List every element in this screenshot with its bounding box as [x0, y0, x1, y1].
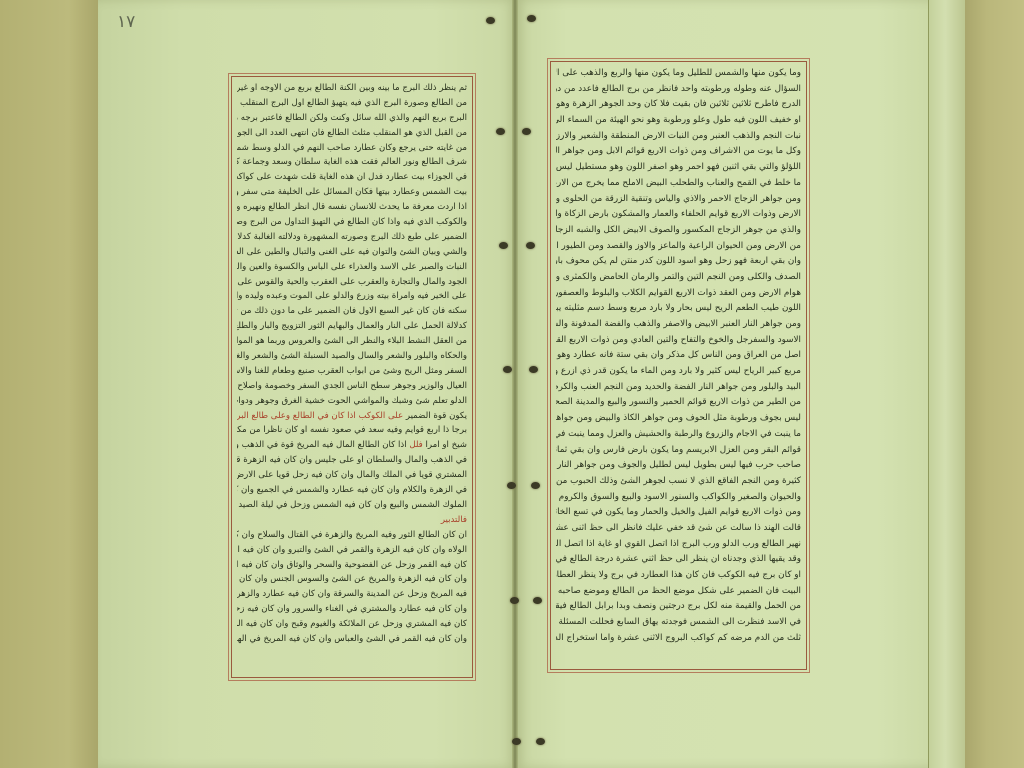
line-text: سكنه فان كان غير السبع الاول فان الضمير … — [237, 306, 467, 316]
manuscript-line: الاسود والسفرجل والخوخ والتفاح والتين ال… — [556, 333, 801, 349]
rubric-text: فلل — [407, 440, 423, 450]
manuscript-line: وكل ما يوت من الاشراف ومن ذوات الاربع قو… — [556, 144, 801, 160]
line-text: يكون قوة الضمير — [403, 411, 467, 421]
line-text: قوائم البقر ومن العزل الابريسم وما يكون … — [556, 445, 801, 455]
line-text: وقد يقيها الذي وجدناه ان ينظر الى حظ اثن… — [556, 554, 801, 564]
line-text: من الطالع وصورة البرج الذي فيه يتهيؤ الط… — [237, 98, 467, 108]
line-text: الملوك الشمس والبيع وان كان فيه الشمس وز… — [237, 500, 467, 510]
manuscript-line: من الارض ومن الحيوان الراعية والماعز وال… — [556, 239, 801, 255]
line-text: البيد والبلور ومن جواهر النار الفضة والح… — [556, 382, 801, 392]
line-text: في الاسد فنظرت الى الشمس فوجدته يهاق الس… — [556, 617, 801, 627]
line-text: هوام الارض ومن العقد ذوات الاربع القوايم… — [556, 288, 801, 298]
manuscript-line: بيت الشمس وعطارد بيتها فكان المسائل على … — [237, 185, 467, 200]
manuscript-line: قوائم البقر ومن العزل الابريسم وما يكون … — [556, 443, 801, 459]
manuscript-line: الملوك الشمس والبيع وان كان فيه الشمس وز… — [237, 498, 467, 513]
line-text: برجا ذا اربع قوايم وفيه سعد في صعود نفسه… — [237, 425, 467, 435]
stitch-hole — [486, 17, 495, 24]
manuscript-line: من الطير من ذوات الاربع قوائم الحمير وال… — [556, 395, 801, 411]
flyleaf-edge — [928, 0, 965, 768]
manuscript-line: والذي من جوهر الزجاج المكسور والصوف الاب… — [556, 223, 801, 239]
manuscript-line: وان كان فيه عطارد والمشتري في الغناء وال… — [237, 602, 467, 617]
manuscript-line: فالتدبير — [237, 513, 467, 528]
line-text: الولاه وان كان فيه الزهرة والقمر في الشئ… — [237, 545, 467, 555]
manuscript-line: ومن جواهر النار العنبر الابيض والاصفر وا… — [556, 317, 801, 333]
manuscript-line: العيال والوزير وجوهر سطح الناس الجدي الس… — [237, 379, 467, 394]
stitch-hole — [526, 242, 535, 249]
manuscript-line: كان فيه المشتري وزحل عن الملائكة والغيوم… — [237, 617, 467, 632]
line-text: في الزهرة والكلام وان كان فيه عطارد والش… — [237, 485, 467, 495]
rubric-text: فالتدبير — [441, 515, 467, 525]
manuscript-line: ليس بجوف ورطوبة مثل الحوف ومن جواهر الكا… — [556, 411, 801, 427]
manuscript-line: ان كان الطالع الثور وفيه المريخ والزهرة … — [237, 528, 467, 543]
line-text: الاسود والسفرجل والخوخ والتفاح والتين ال… — [556, 335, 801, 345]
line-text: قالت الهند ذا سالت عن شئ قد خفي عليك فان… — [556, 523, 801, 533]
manuscript-line: من العقل النشط البلاء والنظر الى الشئ وا… — [237, 334, 467, 349]
manuscript-line: الصدف والكلى ومن النجم التين والتمر والر… — [556, 270, 801, 286]
manuscript-line: من الحمل والقيمة منه لكل برج درجتين ونصف… — [556, 599, 801, 615]
stitch-hole — [527, 15, 536, 22]
line-text: العيال والوزير وجوهر سطح الناس الجدي الس… — [237, 381, 467, 391]
manuscript-line: البرج بربع النهم والذي الله سائل وكنت ول… — [237, 111, 467, 126]
manuscript-line: اللون طيب الطعم الريح ليس بحار ولا بارد … — [556, 301, 801, 317]
line-text: من الطير من ذوات الاربع قوائم الحمير وال… — [556, 397, 801, 407]
manuscript-line: ومن ذوات الاربع قوايم الفيل والخيل والحم… — [556, 505, 801, 521]
manuscript-line: وان كان فيه القمر في الشئ والعباس وان كا… — [237, 632, 467, 647]
line-text: الدلو تعلم شئ وشبك والمواشي الحوت خشية ا… — [237, 396, 467, 406]
manuscript-line: والحكاه والبلور والشعر والسال والصيد الس… — [237, 349, 467, 364]
manuscript-line: وان بقي اربعة فهو زحل وهو اسود اللون كدر… — [556, 254, 801, 270]
line-text: من غايته حتى يرجع وكان عطارد صاحب النهم … — [237, 143, 467, 153]
line-text: مربع كبير الرياح ليس كثير ولا بارد ومن ا… — [556, 366, 801, 376]
manuscript-line: اصل من العراق ومن الناس كل مذكر وان بقي … — [556, 348, 801, 364]
line-text: الارض وذوات الاربع قوايم الحلفاء والعمار… — [556, 209, 801, 219]
manuscript-line: البيد والبلور ومن جواهر النار الفضة والح… — [556, 380, 801, 396]
line-text: والحكاه والبلور والشعر والسال والصيد الس… — [237, 351, 467, 361]
manuscript-line: اذا اردت معرفة ما يحدث للانسان نفسه قال … — [237, 200, 467, 215]
line-text: وان كان فيه الزهرة والمريخ عن الشئ والسو… — [237, 574, 467, 584]
manuscript-line: وان كان فيه الزهرة والمريخ عن الشئ والسو… — [237, 572, 467, 587]
line-text: اصل من العراق ومن الناس كل مذكر وان بقي … — [556, 350, 801, 360]
line-text: او كان برج فيه الكوكب فان كان هذا العطار… — [556, 570, 801, 580]
manuscript-line: النبات والصبر على الاسد والعذراء على الب… — [237, 260, 467, 275]
manuscript-line: الولاه وان كان فيه الزهرة والقمر في الشئ… — [237, 543, 467, 558]
line-text: نهير الطالع ورب الدلو ورب البرج اذا اتصل… — [556, 539, 801, 549]
stitch-hole — [512, 738, 521, 745]
line-text: ومن ذوات الاربع قوايم الفيل والخيل والحم… — [556, 507, 801, 517]
manuscript-line: الضمير على طبع ذلك البرج وصورته المشهورة… — [237, 230, 467, 245]
manuscript-line: كثيرة ومن النجم الفاقع الذي لا نسب لجوهر… — [556, 474, 801, 490]
manuscript-line: نهير الطالع ورب الدلو ورب البرج اذا اتصل… — [556, 537, 801, 553]
manuscript-line: من القبل الذي هو المنقلب مثلث الطالع فان… — [237, 126, 467, 141]
rubric-text: على الكوكب اذا كان في الطالع وعلى طالع ا… — [237, 411, 403, 421]
stitch-hole — [522, 128, 531, 135]
manuscript-line: في الاسد فنظرت الى الشمس فوجدته يهاق الس… — [556, 615, 801, 631]
manuscript-line: كان فيه القمر وزحل عن الفضوحية والسحر وا… — [237, 558, 467, 573]
folio-number: ١٧ — [117, 12, 135, 32]
manuscript-line: برجا ذا اربع قوايم وفيه سعد في صعود نفسه… — [237, 423, 467, 438]
manuscript-line: الدرج فاطرح ثلاثين ثلاثين فان بقيت فلا ك… — [556, 97, 801, 113]
line-text: الجود والمال والتجارة والعقرب على العقرب… — [237, 277, 467, 287]
line-text: كان فيه المشتري وزحل عن الملائكة والغيوم… — [237, 619, 467, 629]
manuscript-line: وقد يقيها الذي وجدناه ان ينظر الى حظ اثن… — [556, 552, 801, 568]
line-text: من الارض ومن الحيوان الراعية والماعز وال… — [556, 241, 801, 251]
line-text: ومن جواهر النار العنبر الابيض والاصفر وا… — [556, 319, 801, 329]
line-text: ان كان الطالع الثور وفيه المريخ والزهرة … — [237, 530, 467, 540]
manuscript-line: كدلالة الحمل على النار والعمال والبهايم … — [237, 319, 467, 334]
line-text: المشتري قويا في الملك والمال وان كان فيه… — [237, 470, 467, 480]
right-page-text-block: وما يكون منها والشمس للطليل وما يكون منه… — [550, 61, 807, 670]
line-text: البرج بربع النهم والذي الله سائل وكنت ول… — [237, 113, 467, 123]
line-text: اللؤلؤ والتي بقي اثنين فهو احمر وهو اصفر… — [556, 162, 801, 172]
line-text: كدلالة الحمل على النار والعمال والبهايم … — [237, 321, 467, 331]
line-text: وكل ما يوت من الاشراف ومن ذوات الاربع قو… — [556, 146, 801, 156]
manuscript-line: السفر ومثل الريح وشئ من ابواب العقرب صني… — [237, 364, 467, 379]
line-text: ما خلط في القمح والعناب والطحلب البيض ال… — [556, 178, 801, 188]
manuscript-line: في الزهرة والكلام وان كان فيه عطارد والش… — [237, 483, 467, 498]
stitch-hole — [496, 128, 505, 135]
line-text: والحيوان والصغير والكواكب والسنور الاسود… — [556, 492, 801, 502]
line-text: والكوكب الذي فيه واذا كان الطالع في الته… — [237, 217, 467, 227]
line-text: ثم ينظر ذلك البرج ما بينه وبين الكنة الط… — [237, 83, 467, 93]
manuscript-line: ومن جواهر الزجاج الاحمر والاذي والياس وت… — [556, 192, 801, 208]
manuscript-line: والشي وبيان الشئ والتوان فيه على الغنى و… — [237, 245, 467, 260]
line-text: ومن جواهر الزجاج الاحمر والاذي والياس وت… — [556, 194, 801, 204]
stitch-hole — [507, 482, 516, 489]
manuscript-line: ما ينبت في الاجام والزروع والرطبة والحشي… — [556, 427, 801, 443]
line-text: على الخير فيه وامراة بيته وزرع والدلو عل… — [237, 291, 467, 301]
stitch-hole — [533, 597, 542, 604]
line-text: وان كان فيه القمر في الشئ والعباس وان كا… — [237, 634, 467, 644]
line-text: اذا كان الطالع المال فيه المريخ قوة في ا… — [237, 440, 407, 450]
line-text: والشي وبيان الشئ والتوان فيه على الغنى و… — [237, 247, 467, 257]
manuscript-line: المشتري قويا في الملك والمال وان كان فيه… — [237, 468, 467, 483]
book-gutter — [512, 0, 518, 768]
background-right-edge — [962, 0, 1024, 768]
manuscript-line: يكون قوة الضمير على الكوكب اذا كان في ال… — [237, 409, 467, 424]
manuscript-line: السؤال عنه وطوله ورطوبته واحد فانظر من ب… — [556, 82, 801, 98]
manuscript-line: من غايته حتى يرجع وكان عطارد صاحب النهم … — [237, 141, 467, 156]
line-text: من العقل النشط البلاء والنظر الى الشئ وا… — [237, 336, 467, 346]
manuscript-line: وما يكون منها والشمس للطليل وما يكون منه… — [556, 66, 801, 82]
line-text: بيت الشمس وعطارد بيتها فكان المسائل على … — [237, 187, 467, 197]
manuscript-line: من الطالع وصورة البرج الذي فيه يتهيؤ الط… — [237, 96, 467, 111]
line-text: من القبل الذي هو المنقلب مثلث الطالع فان… — [237, 128, 467, 138]
line-text: ثلث من الدم مرضه كم كواكب البروج الاثنى … — [556, 633, 801, 643]
manuscript-line: مربع كبير الرياح ليس كثير ولا بارد ومن ا… — [556, 364, 801, 380]
manuscript-line: ما خلط في القمح والعناب والطحلب البيض ال… — [556, 176, 801, 192]
manuscript-line: البيت فان الضمير على شكل موضع الحظ من ال… — [556, 584, 801, 600]
manuscript-line: اللؤلؤ والتي بقي اثنين فهو احمر وهو اصفر… — [556, 160, 801, 176]
manuscript-line: نبات النجم والذهب العنبر ومن النبات الار… — [556, 129, 801, 145]
stitch-hole — [499, 242, 508, 249]
line-text: في الذهب والمال والسلطان او على جليس وان… — [237, 455, 467, 465]
line-text: الدرج فاطرح ثلاثين ثلاثين فان بقيت فلا ك… — [556, 99, 801, 109]
line-text: نبات النجم والذهب العنبر ومن النبات الار… — [556, 131, 801, 141]
line-text: شيخ او امرا — [423, 440, 467, 450]
manuscript-line: في الذهب والمال والسلطان او على جليس وان… — [237, 453, 467, 468]
background-left-edge — [0, 0, 98, 768]
manuscript-line: او كان برج فيه الكوكب فان كان هذا العطار… — [556, 568, 801, 584]
manuscript-line: هوام الارض ومن العقد ذوات الاربع القوايم… — [556, 286, 801, 302]
manuscript-line: والحيوان والصغير والكواكب والسنور الاسود… — [556, 490, 801, 506]
line-text: وما يكون منها والشمس للطليل وما يكون منه… — [556, 68, 801, 78]
line-text: او خفيف اللون فيه طول وعلو ورطوبة وهو نح… — [556, 115, 801, 125]
manuscript-line: قالت الهند ذا سالت عن شئ قد خفي عليك فان… — [556, 521, 801, 537]
line-text: شرف الطالع ونور العالم فقت هذه الغاية سل… — [237, 157, 467, 167]
line-text: السفر ومثل الريح وشئ من ابواب العقرب صني… — [237, 366, 467, 376]
line-text: كان فيه القمر وزحل عن الفضوحية والسحر وا… — [237, 560, 467, 570]
manuscript-line: فيه المريخ وزحل عن المدينة والسرقة وان ك… — [237, 587, 467, 602]
line-text: والذي من جوهر الزجاج المكسور والصوف الاب… — [556, 225, 801, 235]
manuscript-line: ثلث من الدم مرضه كم كواكب البروج الاثنى … — [556, 631, 801, 647]
manuscript-line: الجود والمال والتجارة والعقرب على العقرب… — [237, 275, 467, 290]
manuscript-line: والكوكب الذي فيه واذا كان الطالع في الته… — [237, 215, 467, 230]
line-text: في الجوزاء بيت عطارد فدل ان هذه الغاية ق… — [237, 172, 467, 182]
line-text: اذا اردت معرفة ما يحدث للانسان نفسه قال … — [237, 202, 467, 212]
stitch-hole — [503, 366, 512, 373]
stitch-hole — [531, 482, 540, 489]
line-text: النبات والصبر على الاسد والعذراء على الب… — [237, 262, 467, 272]
line-text: الصدف والكلى ومن النجم التين والتمر والر… — [556, 272, 801, 282]
line-text: وان كان فيه عطارد والمشتري في الغناء وال… — [237, 604, 467, 614]
line-text: ما ينبت في الاجام والزروع والرطبة والحشي… — [556, 429, 801, 439]
left-page-text-block: ثم ينظر ذلك البرج ما بينه وبين الكنة الط… — [231, 76, 473, 678]
manuscript-line: الارض وذوات الاربع قوايم الحلفاء والعمار… — [556, 207, 801, 223]
line-text: فيه المريخ وزحل عن المدينة والسرقة وان ك… — [237, 589, 467, 599]
manuscript-line: في الجوزاء بيت عطارد فدل ان هذه الغاية ق… — [237, 170, 467, 185]
stitch-hole — [529, 366, 538, 373]
stitch-hole — [510, 597, 519, 604]
line-text: اللون طيب الطعم الريح ليس بحار ولا بارد … — [556, 303, 801, 313]
manuscript-line: على الخير فيه وامراة بيته وزرع والدلو عل… — [237, 289, 467, 304]
line-text: البيت فان الضمير على شكل موضع الحظ من ال… — [556, 586, 801, 596]
line-text: صاحب حرب فيها ليس بطويل ليس لطليل والجوف… — [556, 460, 801, 470]
manuscript-line: الدلو تعلم شئ وشبك والمواشي الحوت خشية ا… — [237, 394, 467, 409]
line-text: الضمير على طبع ذلك البرج وصورته المشهورة… — [237, 232, 467, 242]
line-text: من الحمل والقيمة منه لكل برج درجتين ونصف… — [556, 601, 801, 611]
manuscript-line: شيخ او امرا فلل اذا كان الطالع المال فيه… — [237, 438, 467, 453]
line-text: وان بقي اربعة فهو زحل وهو اسود اللون كدر… — [556, 256, 801, 266]
stitch-hole — [536, 738, 545, 745]
line-text: ليس بجوف ورطوبة مثل الحوف ومن جواهر الكا… — [556, 413, 801, 423]
manuscript-line: صاحب حرب فيها ليس بطويل ليس لطليل والجوف… — [556, 458, 801, 474]
manuscript-line: ثم ينظر ذلك البرج ما بينه وبين الكنة الط… — [237, 81, 467, 96]
manuscript-line: شرف الطالع ونور العالم فقت هذه الغاية سل… — [237, 155, 467, 170]
line-text: كثيرة ومن النجم الفاقع الذي لا نسب لجوهر… — [556, 476, 801, 486]
manuscript-line: او خفيف اللون فيه طول وعلو ورطوبة وهو نح… — [556, 113, 801, 129]
line-text: السؤال عنه وطوله ورطوبته واحد فانظر من ب… — [556, 84, 801, 94]
manuscript-line: سكنه فان كان غير السبع الاول فان الضمير … — [237, 304, 467, 319]
